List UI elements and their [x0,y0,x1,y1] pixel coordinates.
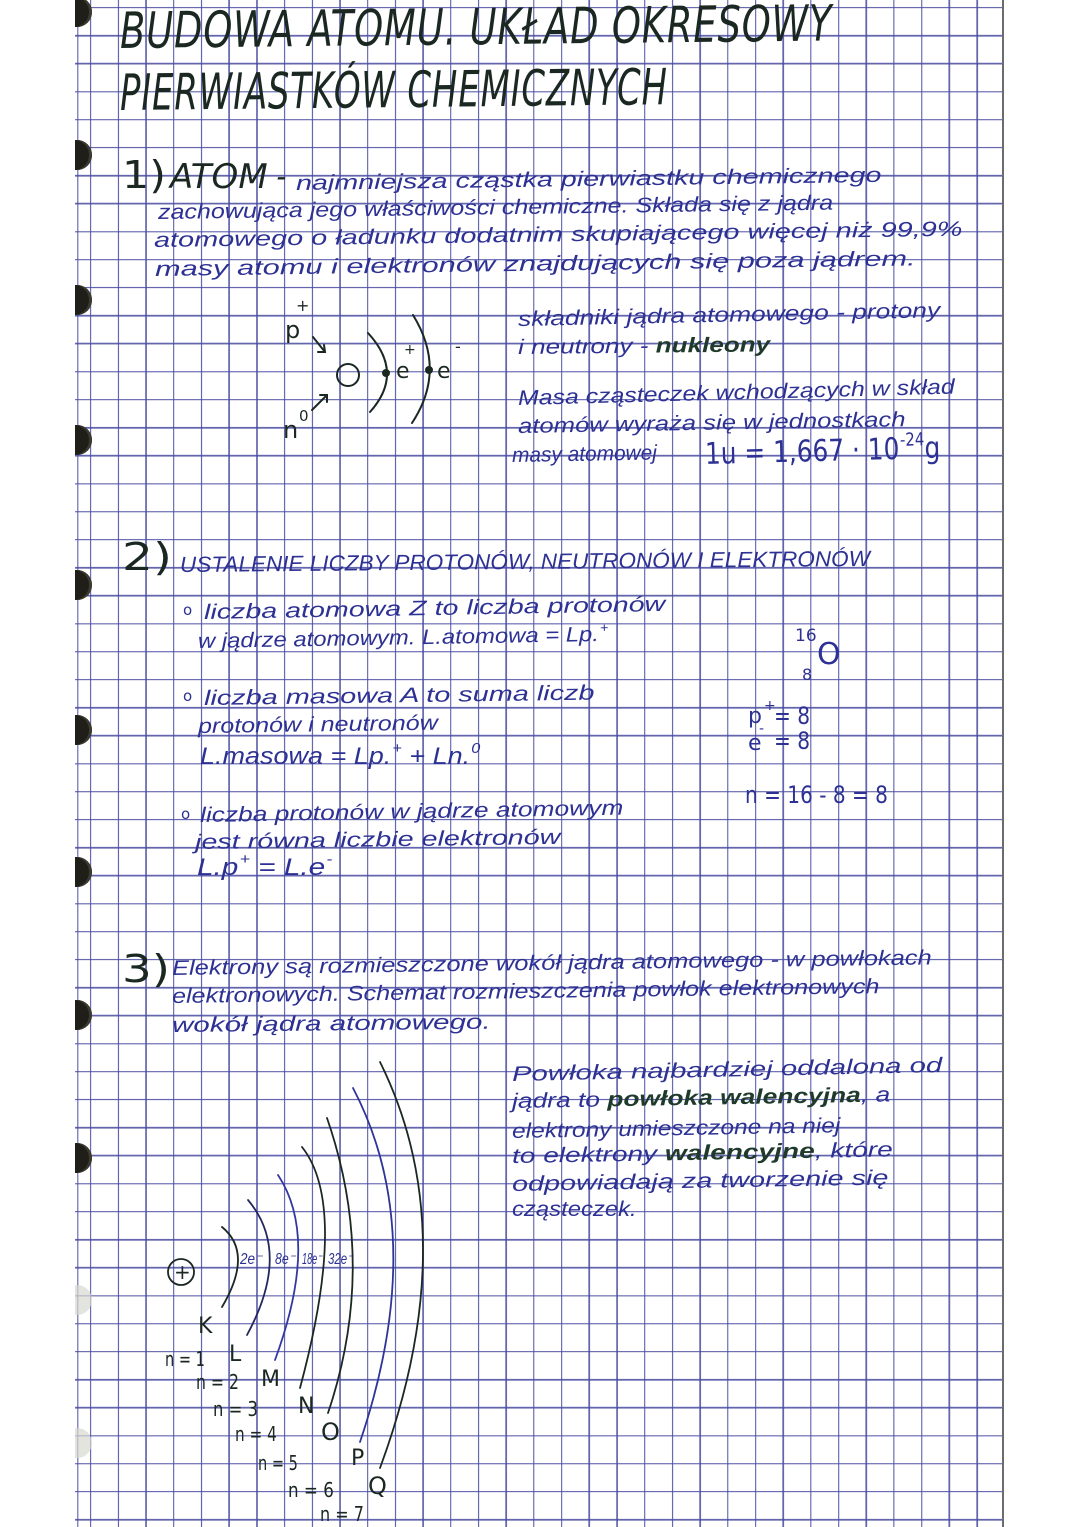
electron-label: e [396,361,410,383]
shell-capacity: 2e⁻ [240,1252,262,1268]
energy-level-label: n = 6 [288,1480,334,1500]
page-title-line-1: BUDOWA ATOMU. UKŁAD OKRESOWY [120,0,832,56]
shell-letter-q: Q [368,1474,387,1498]
bullet-line: jest równa liczbie elektronów [195,827,560,853]
mass-number-formula: L.masowa = Lp.+ + Ln.0 [200,745,480,769]
shell-capacity: 32e⁻ [328,1252,353,1268]
proton-label: p [285,318,300,342]
energy-level-label: n = 7 [320,1504,364,1524]
valence-note-line: cząsteczek. [512,1199,637,1220]
bullet-marker: o [181,807,190,822]
neutron-label: n [283,418,298,442]
shell-letter-m: M [261,1369,280,1391]
bullet-line: liczba masowa A to suma liczb [204,683,594,709]
proton-electron-formula: L.p+ = L.e- [197,856,332,880]
proton-charge: + [296,298,309,314]
section-3-line: wokół jądra atomowego. [172,1012,490,1036]
bullet-marker: o [183,689,192,704]
bullet-marker: o [183,603,192,618]
example-symbol: O [817,640,841,670]
amu-exponent: -24 [900,429,925,451]
shell-letter-k: K [198,1316,212,1338]
section-2-number: 2) [122,538,172,576]
shell-letter-o: O [321,1420,340,1444]
section-3-number: 3) [122,950,170,988]
section-1-dash: - [276,162,286,192]
electron-label: e [437,361,451,383]
example-atomic-number: 8 [802,667,812,683]
shell-letter-n: N [298,1396,314,1418]
example-mass-number: 16 [795,628,817,645]
section-1-number: 1) [122,156,166,194]
energy-level-label: n = 1 [165,1349,205,1369]
energy-level-label: n = 5 [258,1453,298,1473]
bullet-line: protonów i neutronów [198,713,438,737]
valence-shell-term: powłoka walencyjna [607,1084,861,1111]
shell-letter-l: L [229,1344,241,1366]
example-neutrons: n = 16 - 8 = 8 [745,783,888,807]
neutron-charge: 0 [299,409,309,424]
note-line: i neutrony - nukleony [518,334,770,358]
section-2-heading: USTALENIE LICZBY PROTONÓW, NEUTRONÓW I E… [180,548,870,576]
example-electrons-value: = 8 [774,729,810,753]
section-1-heading: ATOM [170,160,268,194]
energy-level-label: n = 3 [213,1399,258,1419]
note-line: masy atomowej [512,442,657,466]
shell-capacity: 18e⁻ [302,1252,322,1268]
nucleons-term: nukleony [656,333,771,357]
amu-formula: 1u = 1,667 · 10-24g [705,434,941,470]
nucleus-plus-icon: + [174,1262,191,1282]
page-title-text: PIERWIASTKÓW CHEMICZNYCH [120,62,668,118]
shell-capacity: 8e⁻ [275,1252,295,1268]
page-title-text: BUDOWA ATOMU. UKŁAD OKRESOWY [120,0,833,56]
valence-note-line: elektrony umieszczone na niej [512,1115,840,1142]
electron-charge: + [404,343,416,357]
example-protons-value: = 8 [774,704,810,728]
page-title-line-2: PIERWIASTKÓW CHEMICZNYCH [120,62,668,118]
shell-letter-p: P [351,1448,364,1470]
energy-level-label: n = 2 [196,1372,239,1392]
valence-electrons-term: walencyjne [665,1140,815,1166]
energy-level-label: n = 4 [235,1424,277,1444]
example-electrons-charge: - [759,722,764,736]
electron-charge: - [455,339,461,355]
